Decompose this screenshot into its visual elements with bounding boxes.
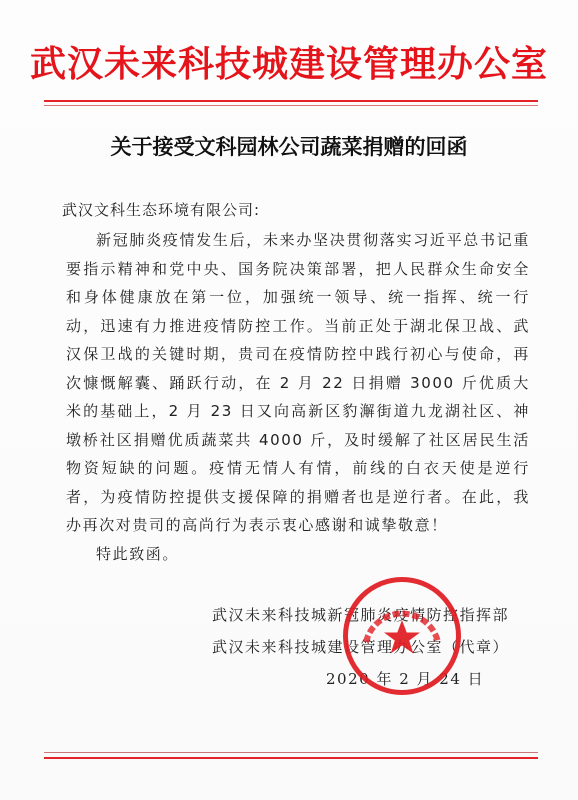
footer-rule-thick bbox=[44, 757, 538, 759]
footer-rule-thin bbox=[44, 752, 538, 753]
signature-date: 2020 年 2 月 24 日 bbox=[326, 668, 484, 689]
header-rule-thick bbox=[44, 100, 538, 102]
closing-line: 特此致函。 bbox=[66, 540, 530, 569]
header-rule-thin bbox=[44, 105, 538, 106]
letterhead-title: 武汉未来科技城建设管理办公室 bbox=[0, 42, 578, 86]
signatory-line-1: 武汉未来科技城新冠肺炎疫情防控指挥部 bbox=[212, 604, 509, 625]
letter-body: 新冠肺炎疫情发生后，未来办坚决贯彻落实习近平总书记重要指示精神和党中央、国务院决… bbox=[66, 226, 530, 568]
document-title: 关于接受文科园林公司蔬菜捐赠的回函 bbox=[0, 131, 578, 161]
signatory-line-2: 武汉未来科技城建设管理办公室（代章） bbox=[212, 636, 509, 657]
body-paragraph: 新冠肺炎疫情发生后，未来办坚决贯彻落实习近平总书记重要指示精神和党中央、国务院决… bbox=[66, 226, 530, 540]
document-page: 武汉未来科技城建设管理办公室 关于接受文科园林公司蔬菜捐赠的回函 武汉文科生态环… bbox=[0, 0, 578, 800]
addressee: 武汉文科生态环境有限公司: bbox=[62, 199, 260, 220]
